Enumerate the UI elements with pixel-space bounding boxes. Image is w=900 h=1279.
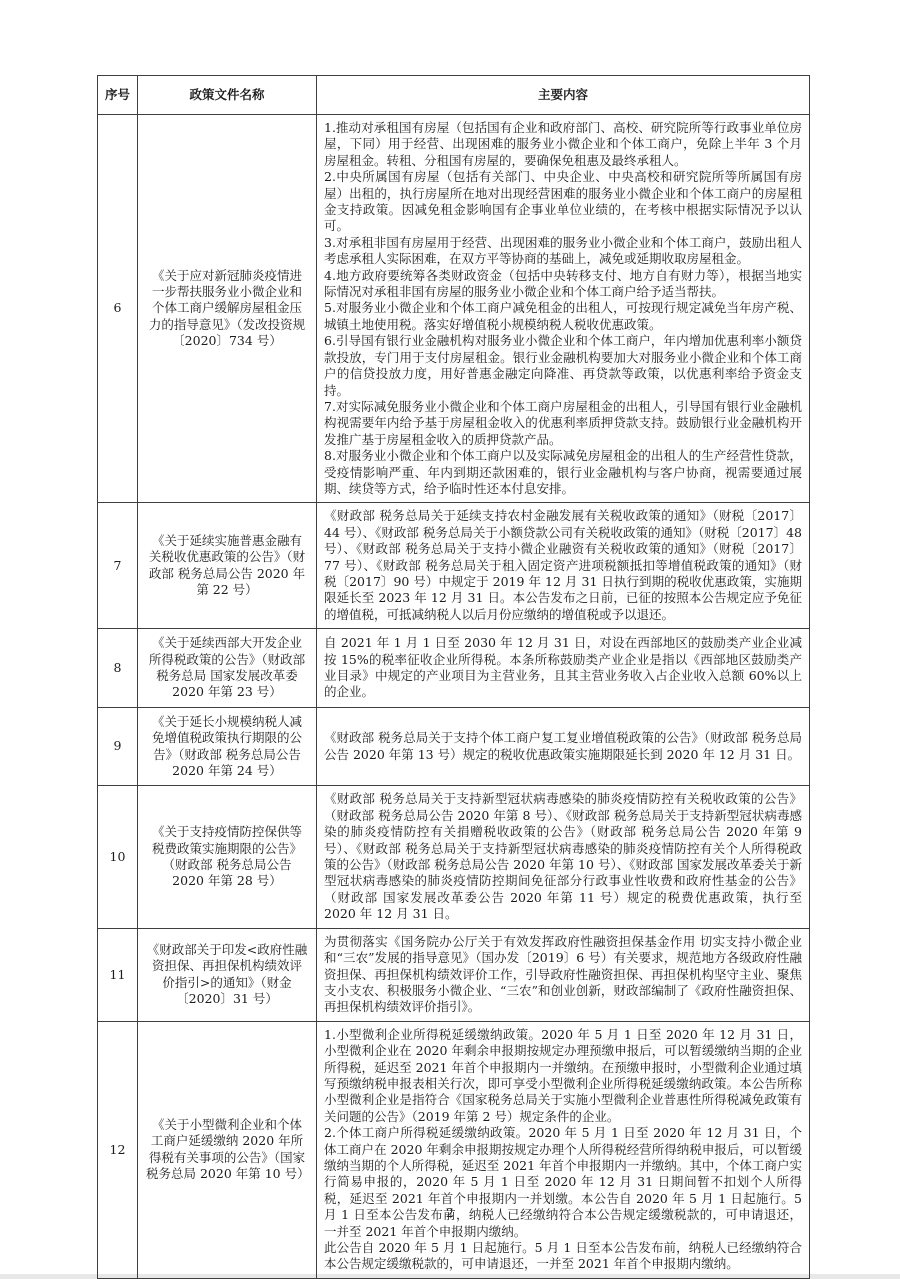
table-row: 11 《财政部关于印发<政府性融资担保、再担保机构绩效评价指引>的通知》（财金〔…: [98, 928, 810, 1021]
header-serial-number: 序号: [98, 76, 138, 115]
page-number: 2: [0, 1206, 900, 1220]
table-row: 7 《关于延续实施普惠金融有关税收优惠政策的公告》（财政部 税务总局公告 202…: [98, 503, 810, 629]
row-number-cell: 7: [98, 503, 138, 629]
row-number-cell: 6: [98, 115, 138, 503]
row-number-cell: 8: [98, 629, 138, 708]
policy-name-cell: 《关于支持疫情防控保供等税费政策实施期限的公告》（财政部 税务总局公告 2020…: [138, 786, 317, 928]
table-row: 12 《关于小型微利企业和个体工商户延缓缴纳 2020 年所得税有关事项的公告》…: [98, 1021, 810, 1278]
policy-content-cell: 自 2021 年 1 月 1 日至 2030 年 12 月 31 日，对设在西部…: [317, 629, 810, 708]
policy-content-cell: 《财政部 税务总局关于支持新型冠状病毒感染的肺炎疫情防控有关税收政策的公告》（财…: [317, 786, 810, 928]
policy-content-cell: 《财政部 税务总局关于延续支持农村金融发展有关税收政策的通知》（财税〔2017〕…: [317, 503, 810, 629]
policy-name-cell: 《关于应对新冠肺炎疫情进一步帮扶服务业小微企业和个体工商户缓解房屋租金压力的指导…: [138, 115, 317, 503]
policy-content-cell: 1.小型微利企业所得税延缓缴纳政策。2020 年 5 月 1 日至 2020 年…: [317, 1021, 810, 1278]
policy-name-cell: 《关于小型微利企业和个体工商户延缓缴纳 2020 年所得税有关事项的公告》（国家…: [138, 1021, 317, 1278]
header-policy-name: 政策文件名称: [138, 76, 317, 115]
table-header-row: 序号 政策文件名称 主要内容: [98, 76, 810, 115]
policy-name-cell: 《关于延续实施普惠金融有关税收优惠政策的公告》（财政部 税务总局公告 2020 …: [138, 503, 317, 629]
policy-name-cell: 《财政部关于印发<政府性融资担保、再担保机构绩效评价指引>的通知》（财金〔202…: [138, 928, 317, 1021]
table-row: 6 《关于应对新冠肺炎疫情进一步帮扶服务业小微企业和个体工商户缓解房屋租金压力的…: [98, 115, 810, 503]
policy-content-cell: 《财政部 税务总局关于支持个体工商户复工复业增值税政策的公告》（财政部 税务总局…: [317, 707, 810, 786]
row-number-cell: 10: [98, 786, 138, 928]
policy-name-cell: 《关于延续西部大开发企业所得税政策的公告》（财政部 税务总局 国家发展改革委 2…: [138, 629, 317, 708]
table-row: 10 《关于支持疫情防控保供等税费政策实施期限的公告》（财政部 税务总局公告 2…: [98, 786, 810, 928]
document-page: 序号 政策文件名称 主要内容 6 《关于应对新冠肺炎疫情进一步帮扶服务业小微企业…: [0, 0, 900, 1274]
row-number-cell: 11: [98, 928, 138, 1021]
header-main-content: 主要内容: [317, 76, 810, 115]
policy-name-cell: 《关于延长小规模纳税人减免增值税政策执行期限的公告》（财政部 税务总局公告 20…: [138, 707, 317, 786]
table-row: 8 《关于延续西部大开发企业所得税政策的公告》（财政部 税务总局 国家发展改革委…: [98, 629, 810, 708]
policy-content-cell: 1.推动对承租国有房屋（包括国有企业和政府部门、高校、研究院所等行政事业单位房屋…: [317, 115, 810, 503]
row-number-cell: 12: [98, 1021, 138, 1278]
row-number-cell: 9: [98, 707, 138, 786]
policy-content-cell: 为贯彻落实《国务院办公厅关于有效发挥政府性融资担保基金作用 切实支持小微企业和“…: [317, 928, 810, 1021]
policy-table: 序号 政策文件名称 主要内容 6 《关于应对新冠肺炎疫情进一步帮扶服务业小微企业…: [97, 75, 810, 1279]
table-row: 9 《关于延长小规模纳税人减免增值税政策执行期限的公告》（财政部 税务总局公告 …: [98, 707, 810, 786]
